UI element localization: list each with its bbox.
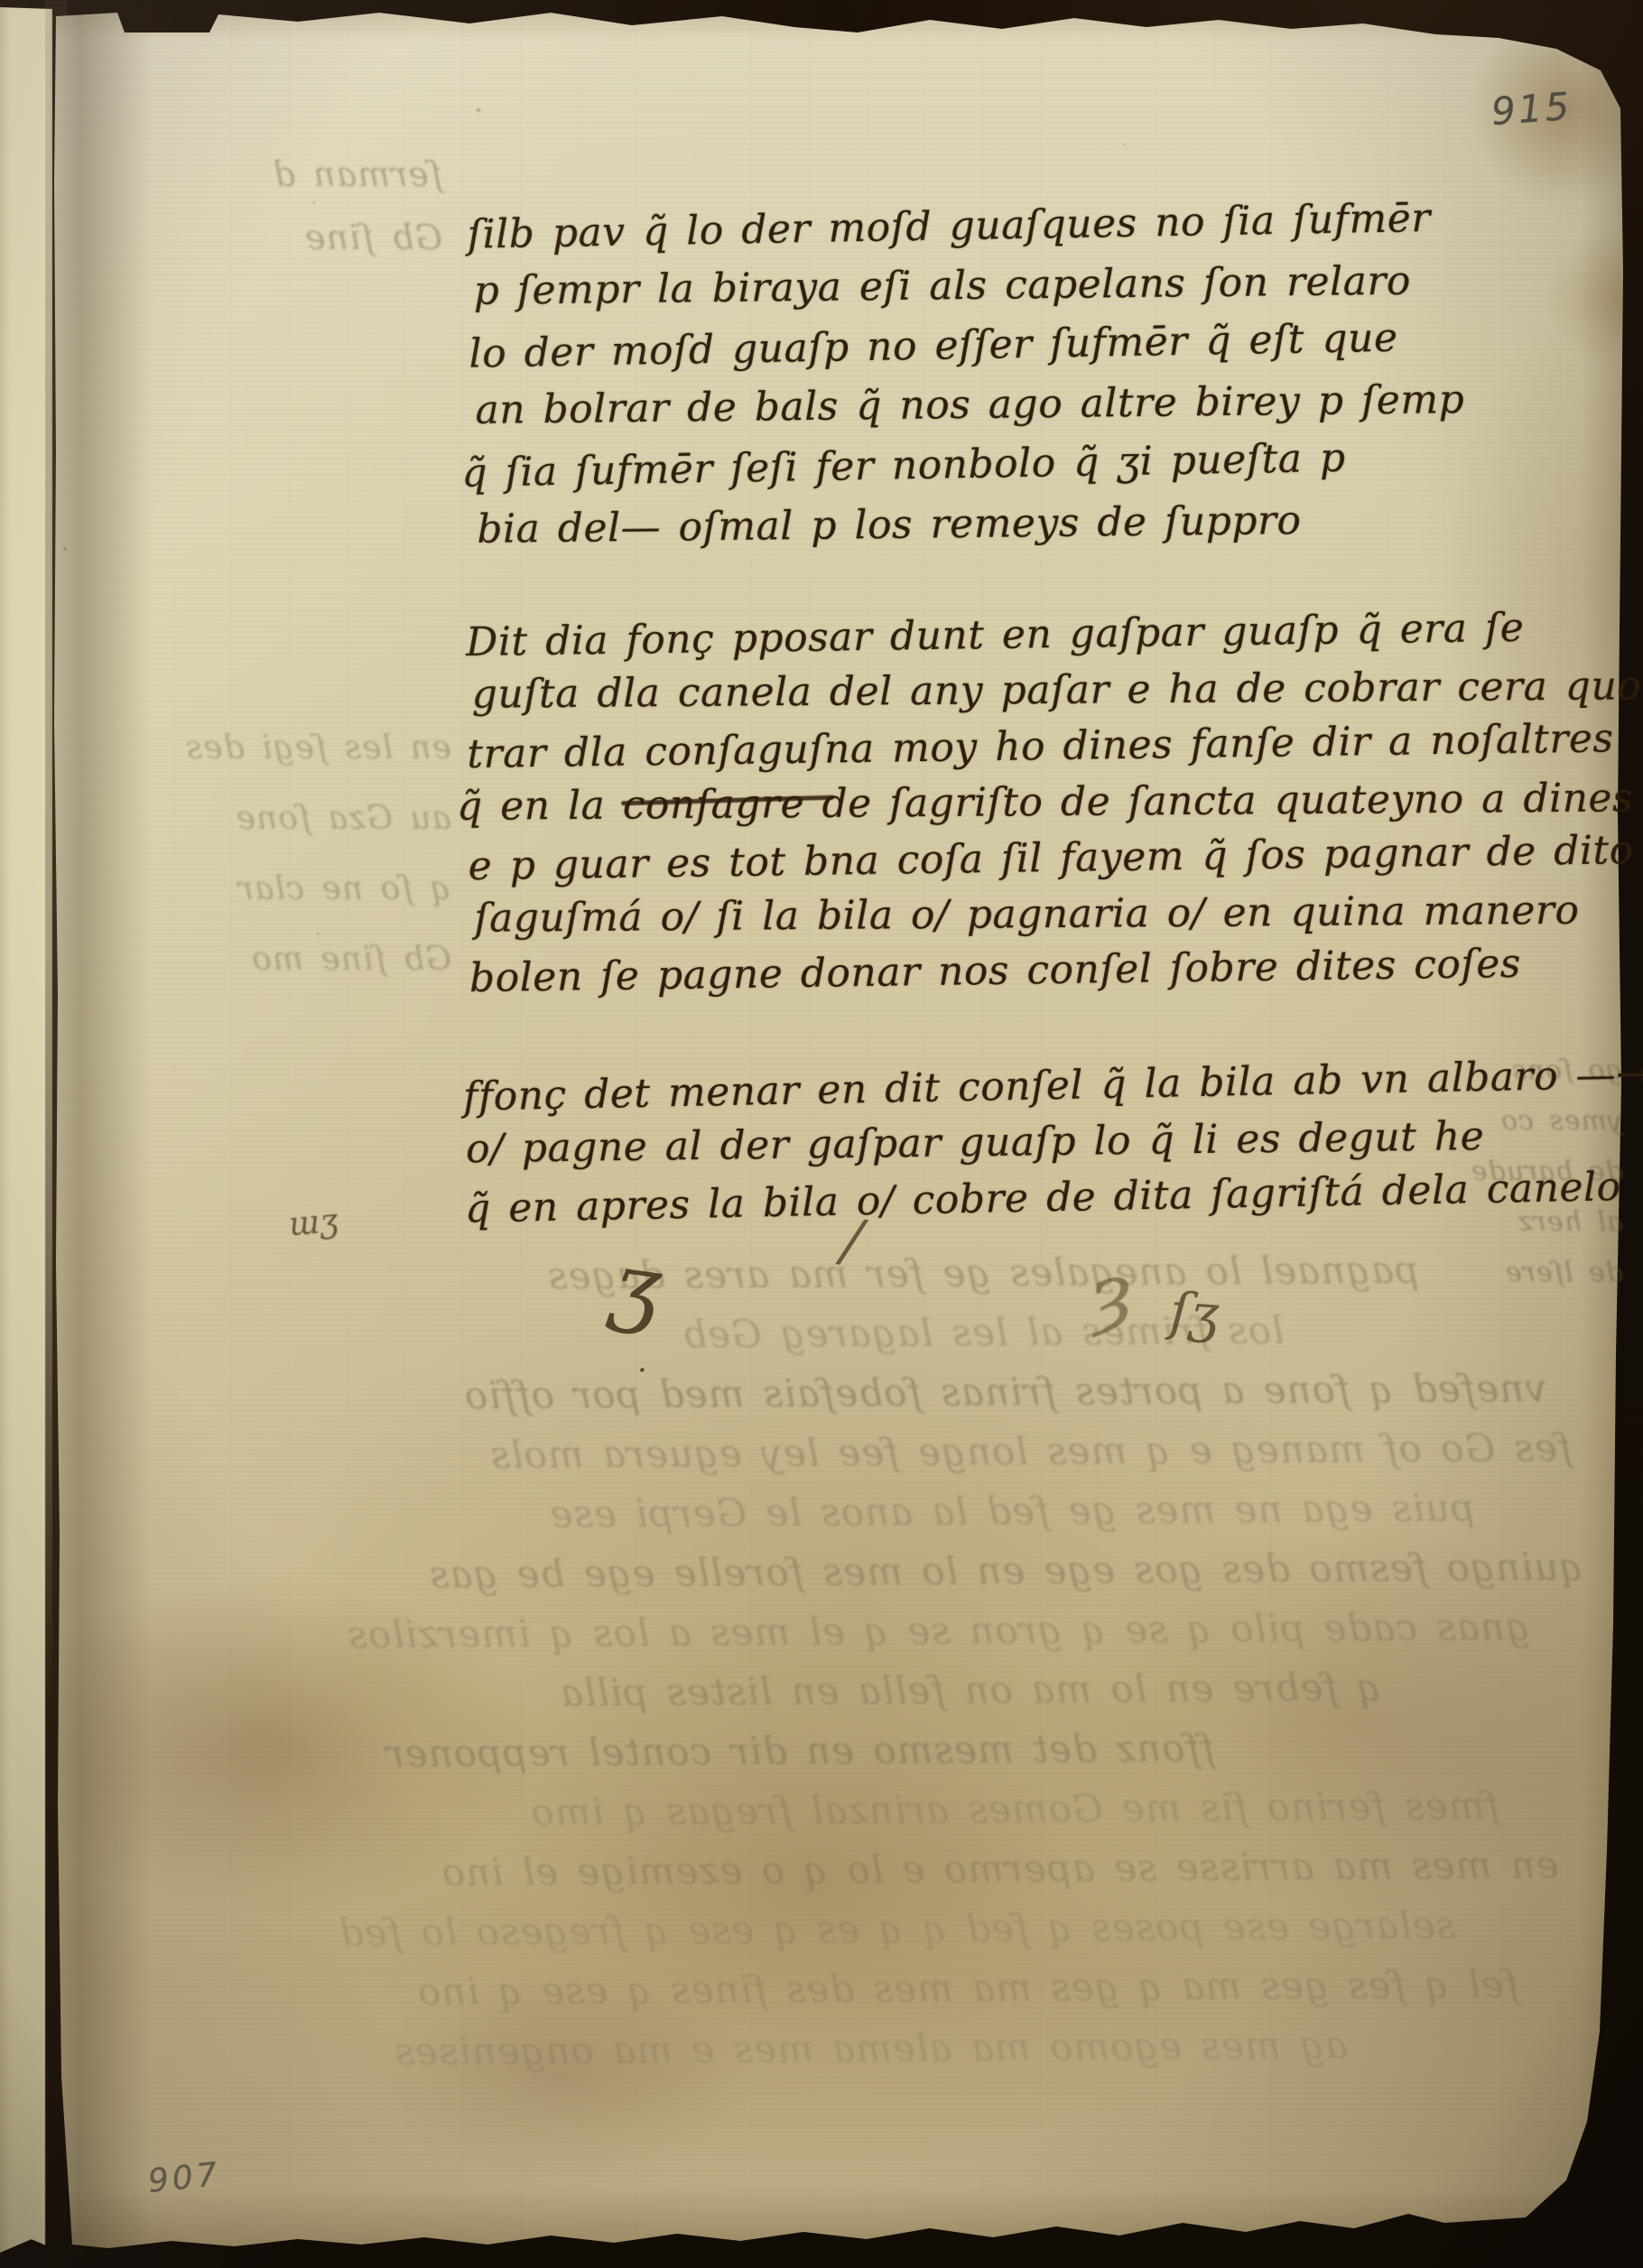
- bleedthrough-line: au Gza ſone: [117, 784, 451, 854]
- ink-paragraph-1: ſilb pav q̃ lo der moſd guaſques no ſia …: [467, 190, 1466, 561]
- bleedthrough-line: Gb ſine: [135, 206, 442, 269]
- bleedthrough-line: ag mes egomo ma alema mes e ma ongenises: [179, 2015, 1348, 2083]
- bleedthrough-line: en mes ma arrisse se apermo e lo q o eze…: [177, 1836, 1558, 1905]
- bleedthrough-block-left-margin: en les ſegi desau Gza ſoneq ſo ne clarGb…: [117, 713, 451, 995]
- bleedthrough-line: selarge ese poses q fed q q es q ese q f…: [178, 1896, 1455, 1965]
- folio-number-bottom-left: 907: [146, 2156, 223, 2200]
- ink-dot-mark: ·: [637, 1352, 647, 1389]
- gutter-shadow: [52, 0, 152, 2268]
- bleedthrough-line: vnefed q fone a portes frinas fobefais m…: [174, 1359, 1546, 1428]
- bleedthrough-line: ffonz det mesmo en dir contel repponer: [176, 1718, 1214, 1785]
- bleedthrough-line: Gb ſine mo: [117, 925, 451, 995]
- bleedthrough-line: fmes ferino fis me Gomes arinzal fregas …: [177, 1776, 1499, 1845]
- bleedthrough-line: fel q fes ges ma q ges ma mes des fines …: [178, 1955, 1518, 2023]
- bleedthrough-line: pagnael lo anegales ge fer ma ares dages: [173, 1241, 1419, 1309]
- bleedthrough-line: q febre en lo ma on fella en listes pill…: [176, 1658, 1381, 1725]
- bleedthrough-line: puis ega ne mes ge fed la anos le Gerpi …: [175, 1478, 1475, 1547]
- bleedthrough-line: q ſo ne clar: [117, 854, 451, 925]
- margin-scribble-mark: ɯʒ: [287, 1203, 339, 1244]
- bottom-edge-shadow: [0, 2187, 1643, 2250]
- top-edge-shadow: [0, 0, 1643, 42]
- manuscript-photo: ſerman dGb ſine en les ſegi desau Gza ſo…: [0, 0, 1643, 2268]
- folio-number-top-right: 915: [1490, 84, 1573, 134]
- bleedthrough-line: fes Go of maneg e q mes longe fee ley eg…: [174, 1418, 1572, 1488]
- manuscript-line: bia del— oſmal p los remeys de ſuppro: [477, 489, 1466, 560]
- bleedthrough-block-upper-left: ſerman dGb ſine: [135, 143, 442, 269]
- bleedthrough-line: en les ſegi des: [117, 713, 451, 784]
- bleedthrough-line: gnas cade pilo q se q gron se q el mes a…: [176, 1597, 1530, 1666]
- bleedthrough-line: ſerman d: [135, 143, 442, 206]
- bleedthrough-block-lower: pagnael lo anegales ge fer ma ares dages…: [173, 1240, 1587, 2084]
- ink-paragraph-3: ffonç det menar en dit conſel q̃ la bila…: [463, 1049, 1643, 1236]
- ink-curl-doodle-small: ſʒ: [1168, 1280, 1221, 1345]
- bleedthrough-line: quingo fesmo des gos ege en lo mes forel…: [175, 1538, 1583, 1607]
